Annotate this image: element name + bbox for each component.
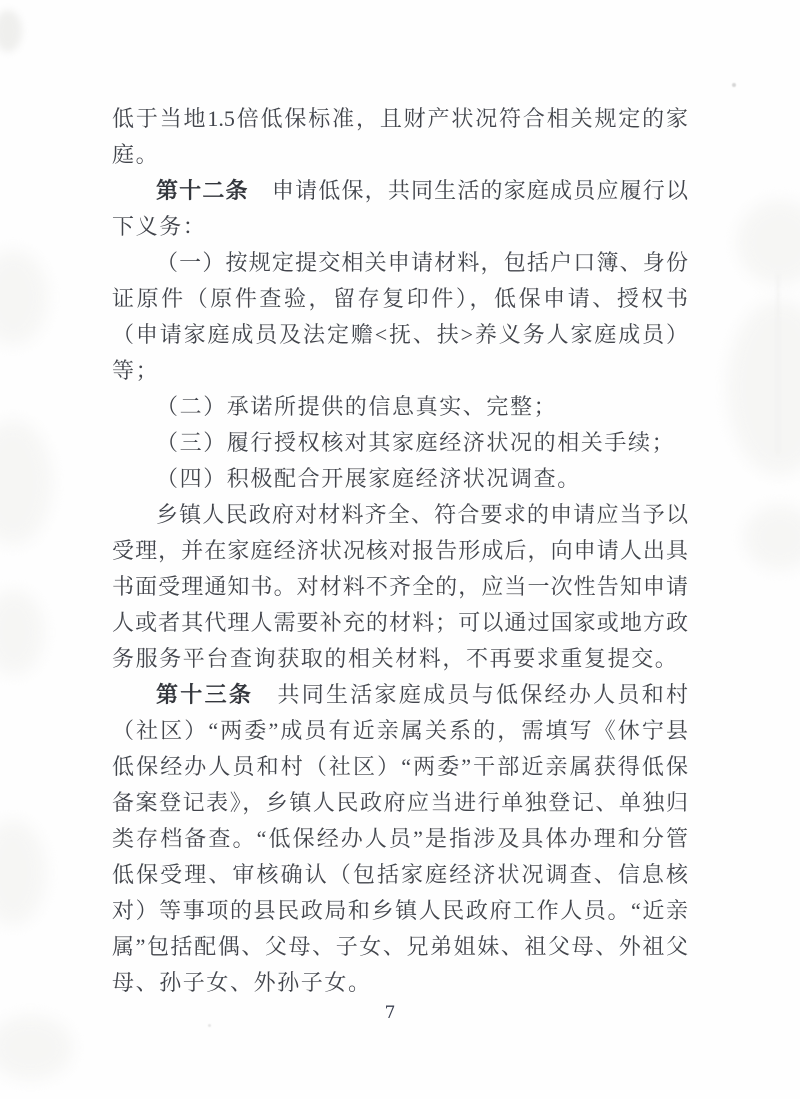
article-number-heading: 第十三条: [156, 682, 253, 707]
text-line: 人或者其代理人需要补充的材料；可以通过国家或地方政: [112, 605, 688, 641]
text-line: 证原件（原件查验，留存复印件），低保申请、授权书: [112, 281, 688, 317]
text-segment: 庭。: [112, 142, 159, 167]
scan-speck: [732, 83, 736, 87]
text-line: 乡镇人民政府对材料齐全、符合要求的申请应当予以: [112, 497, 688, 533]
text-line: 类存档备查。“低保经办人员”是指涉及具体办理和分管: [112, 821, 688, 857]
text-line: 第十三条 共同生活家庭成员与低保经办人员和村: [112, 677, 688, 713]
scan-smudge: [727, 300, 800, 475]
scan-smudge: [737, 200, 800, 285]
text-line: （一）按规定提交相关申请材料，包括户口簿、身份: [112, 245, 688, 281]
text-line: 备案登记表》，乡镇人民政府应当进行单独登记、单独归: [112, 785, 688, 821]
scan-streak: [777, 273, 779, 455]
scan-speck: [208, 1024, 211, 1027]
text-segment: （申请家庭成员及法定赡<抚、扶>养义务人家庭成员）: [112, 322, 688, 347]
scan-smudge: [0, 420, 52, 545]
page-number: 7: [340, 1002, 440, 1024]
text-line: （四）积极配合开展家庭经济状况调查。: [112, 461, 688, 497]
text-segment: 受理，并在家庭经济状况核对报告形成后，向申请人出具: [112, 538, 688, 563]
text-segment: 低保经办人员和村（社区）“两委”干部近亲属获得低保: [112, 754, 688, 779]
text-line: 对）等事项的县民政局和乡镇人民政府工作人员。“近亲: [112, 893, 688, 929]
text-line: （社区）“两委”成员有近亲属关系的，需填写《休宁县: [112, 713, 688, 749]
scan-smudge: [0, 250, 48, 345]
text-line: 书面受理通知书。对材料不齐全的，应当一次性告知申请: [112, 569, 688, 605]
text-line: 属”包括配偶、父母、子女、兄弟姐妹、祖父母、外祖父: [112, 929, 688, 965]
scan-smudge: [744, 505, 800, 570]
text-segment: 备案登记表》，乡镇人民政府应当进行单独登记、单独归: [112, 790, 688, 815]
text-segment: （一）按规定提交相关申请材料，包括户口簿、身份: [156, 250, 688, 275]
text-segment: 低保受理、审核确认（包括家庭经济状况调查、信息核: [112, 862, 688, 887]
text-segment: 共同生活家庭成员与低保经办人员和村: [253, 682, 688, 707]
text-segment: 证原件（原件查验，留存复印件），低保申请、授权书: [112, 286, 688, 311]
text-line: 受理，并在家庭经济状况核对报告形成后，向申请人出具: [112, 533, 688, 569]
document-body: 低于当地1.5倍低保标准，且财产状况符合相关规定的家庭。第十二条 申请低保，共同…: [112, 101, 688, 1001]
text-line: 低保受理、审核确认（包括家庭经济状况调查、信息核: [112, 857, 688, 893]
scan-smudge: [0, 10, 22, 52]
text-segment: 类存档备查。“低保经办人员”是指涉及具体办理和分管: [112, 826, 688, 851]
text-segment: 书面受理通知书。对材料不齐全的，应当一次性告知申请: [112, 574, 688, 599]
text-line: 母、孙子女、外孙子女。: [112, 965, 688, 1001]
text-line: （三）履行授权核对其家庭经济状况的相关手续；: [112, 425, 688, 461]
text-line: 等；: [112, 353, 688, 389]
scanned-page: 低于当地1.5倍低保标准，且财产状况符合相关规定的家庭。第十二条 申请低保，共同…: [0, 0, 800, 1099]
text-line: （申请家庭成员及法定赡<抚、扶>养义务人家庭成员）: [112, 317, 688, 353]
text-segment: 低于当地1.5倍低保标准，且财产状况符合相关规定的家: [112, 106, 688, 131]
scan-smudge: [0, 820, 46, 925]
text-segment: 务服务平台查询获取的相关材料，不再要求重复提交。: [112, 646, 678, 671]
text-line: 庭。: [112, 137, 688, 173]
text-segment: 对）等事项的县民政局和乡镇人民政府工作人员。“近亲: [112, 898, 688, 923]
text-segment: 属”包括配偶、父母、子女、兄弟姐妹、祖父母、外祖父: [112, 934, 688, 959]
text-line: 下义务：: [112, 209, 688, 245]
scan-smudge: [0, 590, 44, 675]
text-line: （二）承诺所提供的信息真实、完整；: [112, 389, 688, 425]
text-line: 低保经办人员和村（社区）“两委”干部近亲属获得低保: [112, 749, 688, 785]
text-line: 低于当地1.5倍低保标准，且财产状况符合相关规定的家: [112, 101, 688, 137]
text-segment: 乡镇人民政府对材料齐全、符合要求的申请应当予以: [156, 502, 688, 527]
text-segment: 人或者其代理人需要补充的材料；可以通过国家或地方政: [112, 610, 688, 635]
article-number-heading: 第十二条: [156, 178, 249, 203]
text-line: 第十二条 申请低保，共同生活的家庭成员应履行以: [112, 173, 688, 209]
text-segment: （三）履行授权核对其家庭经济状况的相关手续；: [156, 430, 675, 455]
text-segment: （二）承诺所提供的信息真实、完整；: [156, 394, 557, 419]
text-line: 务服务平台查询获取的相关材料，不再要求重复提交。: [112, 641, 688, 677]
text-segment: 等；: [112, 358, 159, 383]
text-segment: 申请低保，共同生活的家庭成员应履行以: [249, 178, 688, 203]
text-segment: （社区）“两委”成员有近亲属关系的，需填写《休宁县: [112, 718, 688, 743]
text-segment: 母、孙子女、外孙子女。: [112, 970, 372, 995]
scan-smudge: [0, 1015, 73, 1080]
text-segment: 下义务：: [112, 214, 206, 239]
text-segment: （四）积极配合开展家庭经济状况调查。: [156, 466, 581, 491]
